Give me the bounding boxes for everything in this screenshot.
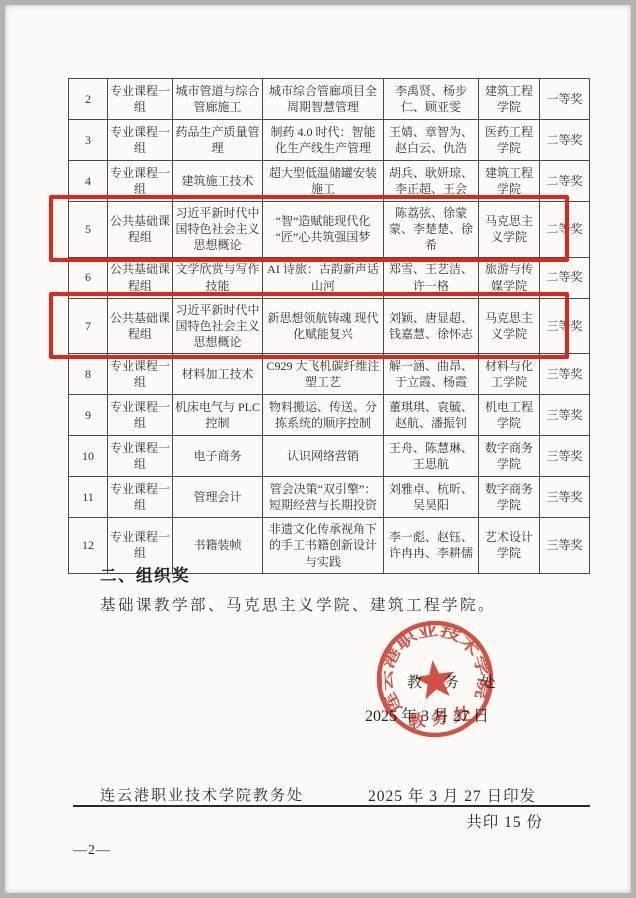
table-row: 8专业课程一组材料加工技术C929 大飞机碳纤维注塑工艺解一涵、曲昂、于立霞、杨… (69, 354, 590, 395)
table-row: 2专业课程一组城市管道与综合管廊施工城市综合管廊项目全周期智慧管理李禹贤、杨步仁… (69, 79, 590, 120)
cell-course-group: 专业课程一组 (108, 79, 173, 120)
awards-table: 2专业课程一组城市管道与综合管廊施工城市综合管廊项目全周期智慧管理李禹贤、杨步仁… (68, 78, 590, 574)
cell-project-name: 制药 4.0 时代：智能化生产线生产管理 (263, 120, 384, 161)
cell-number: 3 (69, 120, 108, 161)
cell-number: 8 (69, 354, 108, 395)
table-row: 9专业课程一组机床电气与 PLC 控制物料搬运、传送、分拣系统的顺序控制董琪琪、… (69, 395, 590, 436)
cell-award-level: 三等奖 (540, 518, 590, 574)
cell-number: 10 (69, 436, 108, 477)
cell-course-name: 管理会计 (173, 477, 263, 518)
cell-course-name: 文学欣赏与写作技能 (173, 257, 263, 298)
cell-college: 艺术设计学院 (479, 518, 540, 574)
cell-course-name: 材料加工技术 (173, 354, 263, 395)
cell-course-group: 公共基础课程组 (108, 202, 173, 258)
cell-course-group: 专业课程一组 (108, 477, 173, 518)
cell-course-name: 机床电气与 PLC 控制 (173, 395, 263, 436)
cell-course-group: 公共基础课程组 (108, 298, 173, 354)
cell-project-name: 超大型低温储罐安装施工 (263, 161, 384, 202)
table-row: 10专业课程一组电子商务认识网络营销王舟、陈慧琳、王思航数字商务学院三等奖 (69, 436, 590, 477)
table-row: 3专业课程一组药品生产质量管理制药 4.0 时代：智能化生产线生产管理王婧、章智… (69, 120, 590, 161)
awards-table-body: 2专业课程一组城市管道与综合管廊施工城市综合管廊项目全周期智慧管理李禹贤、杨步仁… (69, 79, 590, 574)
cell-number: 9 (69, 395, 108, 436)
cell-college: 数字商务学院 (479, 436, 540, 477)
table-row: 6公共基础课程组文学欣赏与写作技能AI 诗旅：古韵新声话山河郑雪、王艺洁、许一格… (69, 257, 590, 298)
footer-issue-date: 2025 年 3 月 27 日印发 (368, 784, 536, 806)
document-page: 2专业课程一组城市管道与综合管廊施工城市综合管廊项目全周期智慧管理李禹贤、杨步仁… (5, 5, 631, 893)
cell-project-name: AI 诗旅：古韵新声话山河 (263, 257, 384, 298)
cell-number: 2 (69, 79, 108, 120)
footer-issuer: 连云港职业技术学院教务处 (100, 784, 304, 805)
cell-award-level: 三等奖 (540, 436, 590, 477)
table-row: 5公共基础课程组习近平新时代中国特色社会主义思想概论“智”造赋能现代化 “匠”心… (69, 202, 590, 258)
cell-team-members: 李一彪、赵钰、许冉冉、李耕儒 (384, 518, 479, 574)
cell-project-name: 管会决策“双引擎”：短期经营与长期投资 (263, 477, 384, 518)
cell-project-name: 新思想领航铸魂 现代化赋能复兴 (263, 298, 384, 354)
cell-project-name: 物料搬运、传送、分拣系统的顺序控制 (263, 395, 384, 436)
page-number: —2— (73, 843, 111, 859)
cell-award-level: 三等奖 (540, 477, 590, 518)
cell-award-level: 一等奖 (540, 79, 590, 120)
cell-team-members: 董琪琪、袁毓、赵航、潘振钊 (384, 395, 479, 436)
cell-award-level: 二等奖 (540, 202, 590, 258)
cell-course-group: 专业课程一组 (108, 395, 173, 436)
table-wrap: 2专业课程一组城市管道与综合管廊施工城市综合管廊项目全周期智慧管理李禹贤、杨步仁… (68, 78, 554, 574)
table-row: 7公共基础课程组习近平新时代中国特色社会主义思想概论新思想领航铸魂 现代化赋能复… (69, 298, 590, 354)
cell-team-members: 刘雅卓、杭昕、吴昊阳 (384, 477, 479, 518)
signature-department: 教 务 处 (407, 671, 505, 692)
cell-award-level: 三等奖 (540, 395, 590, 436)
cell-college: 马克思主义学院 (479, 202, 540, 258)
section-heading: 二、组织奖 (100, 562, 190, 586)
cell-college: 数字商务学院 (479, 477, 540, 518)
cell-college: 建筑工程学院 (479, 79, 540, 120)
cell-course-name: 药品生产质量管理 (173, 120, 263, 161)
section-body: 基础课教学部、马克思主义学院、建筑工程学院。 (100, 593, 496, 615)
footer-copies: 共印 15 份 (466, 810, 543, 832)
cell-team-members: 李禹贤、杨步仁、顾亚雯 (384, 79, 479, 120)
cell-team-members: 陈荔弦、徐蒙蒙、李楚楚、徐希 (384, 202, 479, 258)
cell-team-members: 解一涵、曲昂、于立霞、杨霞 (384, 354, 479, 395)
cell-project-name: C929 大飞机碳纤维注塑工艺 (263, 354, 384, 395)
cell-award-level: 三等奖 (540, 298, 590, 354)
cell-project-name: 非遗文化传承视角下的手工书籍创新设计与实践 (263, 518, 384, 574)
cell-course-name: 电子商务 (173, 436, 263, 477)
cell-course-group: 专业课程一组 (108, 436, 173, 477)
cell-team-members: 王舟、陈慧琳、王思航 (384, 436, 479, 477)
cell-course-group: 公共基础课程组 (108, 257, 173, 298)
cell-college: 医药工程学院 (479, 120, 540, 161)
cell-course-name: 习近平新时代中国特色社会主义思想概论 (173, 298, 263, 354)
cell-college: 材料与化工学院 (479, 354, 540, 395)
cell-award-level: 二等奖 (540, 257, 590, 298)
cell-project-name: 认识网络营销 (263, 436, 384, 477)
cell-project-name: 城市综合管廊项目全周期智慧管理 (263, 79, 384, 120)
cell-number: 6 (69, 257, 108, 298)
cell-course-name: 习近平新时代中国特色社会主义思想概论 (173, 202, 263, 258)
cell-project-name: “智”造赋能现代化 “匠”心共筑强国梦 (263, 202, 384, 258)
cell-course-name: 城市管道与综合管廊施工 (173, 79, 263, 120)
cell-course-group: 专业课程一组 (108, 161, 173, 202)
cell-number: 4 (69, 161, 108, 202)
signature-date: 2025 年 3 月 27 日 (365, 703, 489, 726)
cell-college: 机电工程学院 (479, 395, 540, 436)
table-row: 11专业课程一组管理会计管会决策“双引擎”：短期经营与长期投资刘雅卓、杭昕、吴昊… (69, 477, 590, 518)
cell-team-members: 郑雪、王艺洁、许一格 (384, 257, 479, 298)
cell-course-group: 专业课程一组 (108, 354, 173, 395)
footer-divider (73, 805, 590, 807)
cell-team-members: 刘颖、唐显超、钱嘉慧、徐怀志 (384, 298, 479, 354)
cell-number: 11 (69, 477, 108, 518)
cell-award-level: 二等奖 (540, 120, 590, 161)
cell-college: 旅游与传媒学院 (479, 257, 540, 298)
cell-team-members: 胡兵、耿妍琼、李正超、王会 (384, 161, 479, 202)
cell-college: 建筑工程学院 (479, 161, 540, 202)
cell-college: 马克思主义学院 (479, 298, 540, 354)
cell-course-name: 建筑施工技术 (173, 161, 263, 202)
cell-number: 7 (69, 298, 108, 354)
cell-course-group: 专业课程一组 (108, 120, 173, 161)
cell-award-level: 二等奖 (540, 161, 590, 202)
table-row: 4专业课程一组建筑施工技术超大型低温储罐安装施工胡兵、耿妍琼、李正超、王会建筑工… (69, 161, 590, 202)
cell-team-members: 王婧、章智为、赵白云、仇浩 (384, 120, 479, 161)
cell-award-level: 三等奖 (540, 354, 590, 395)
cell-number: 5 (69, 202, 108, 258)
